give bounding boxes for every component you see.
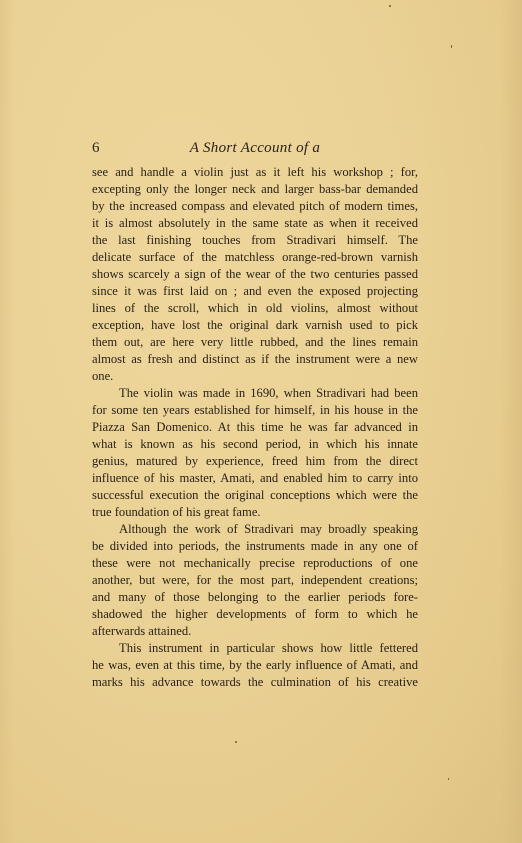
text-line: one. [92,368,418,385]
page-header: 6 A Short Account of a [92,140,418,160]
text-line: Piazza San Domenico. At this time he was… [92,419,418,436]
text-line: and many of those belonging to the earli… [92,589,418,606]
text-line: by the increased compass and elevated pi… [92,198,418,215]
text-line: another, but were, for the most part, in… [92,572,418,589]
text-line: shadowed the higher developments of form… [92,606,418,623]
text-line: influence of his master, Amati, and enab… [92,470,418,487]
text-line: for some ten years established for himse… [92,402,418,419]
text-line: afterwards attained. [92,623,418,640]
text-line: see and handle a violin just as it left … [92,164,418,181]
text-line: This instrument in particular shows how … [92,640,418,657]
paper-speck [235,741,237,743]
paper-speck [448,778,449,780]
body-text: see and handle a violin just as it left … [92,164,418,691]
text-line: what is known as his second period, in w… [92,436,418,453]
text-line: almost as fresh and distinct as if the i… [92,351,418,368]
page-edge-left [0,0,14,843]
paper-speck [389,5,391,7]
text-line: he was, even at this time, by the early … [92,657,418,674]
running-title: A Short Account of a [92,140,418,157]
text-line: delicate surface of the matchless orange… [92,249,418,266]
text-line: successful execution the original concep… [92,487,418,504]
text-line: marks his advance towards the culminatio… [92,674,418,691]
text-line: shows scarcely a sign of the wear of the… [92,266,418,283]
text-line: excepting only the longer neck and large… [92,181,418,198]
text-line: the last finishing touches from Stradiva… [92,232,418,249]
text-line: The violin was made in 1690, when Stradi… [92,385,418,402]
text-line: it is almost absolutely in the same stat… [92,215,418,232]
text-line: exception, have lost the original dark v… [92,317,418,334]
text-line: them out, are here very little rubbed, a… [92,334,418,351]
text-line: true foundation of his great fame. [92,504,418,521]
text-line: genius, matured by experience, freed him… [92,453,418,470]
text-line: since it was first laid on ; and even th… [92,283,418,300]
page-edge-right [500,0,522,843]
text-line: these were not mechanically precise repr… [92,555,418,572]
text-line: Although the work of Stradivari may broa… [92,521,418,538]
text-line: lines of the scroll, which in old violin… [92,300,418,317]
paper-speck [451,45,452,48]
text-line: be divided into periods, the instruments… [92,538,418,555]
